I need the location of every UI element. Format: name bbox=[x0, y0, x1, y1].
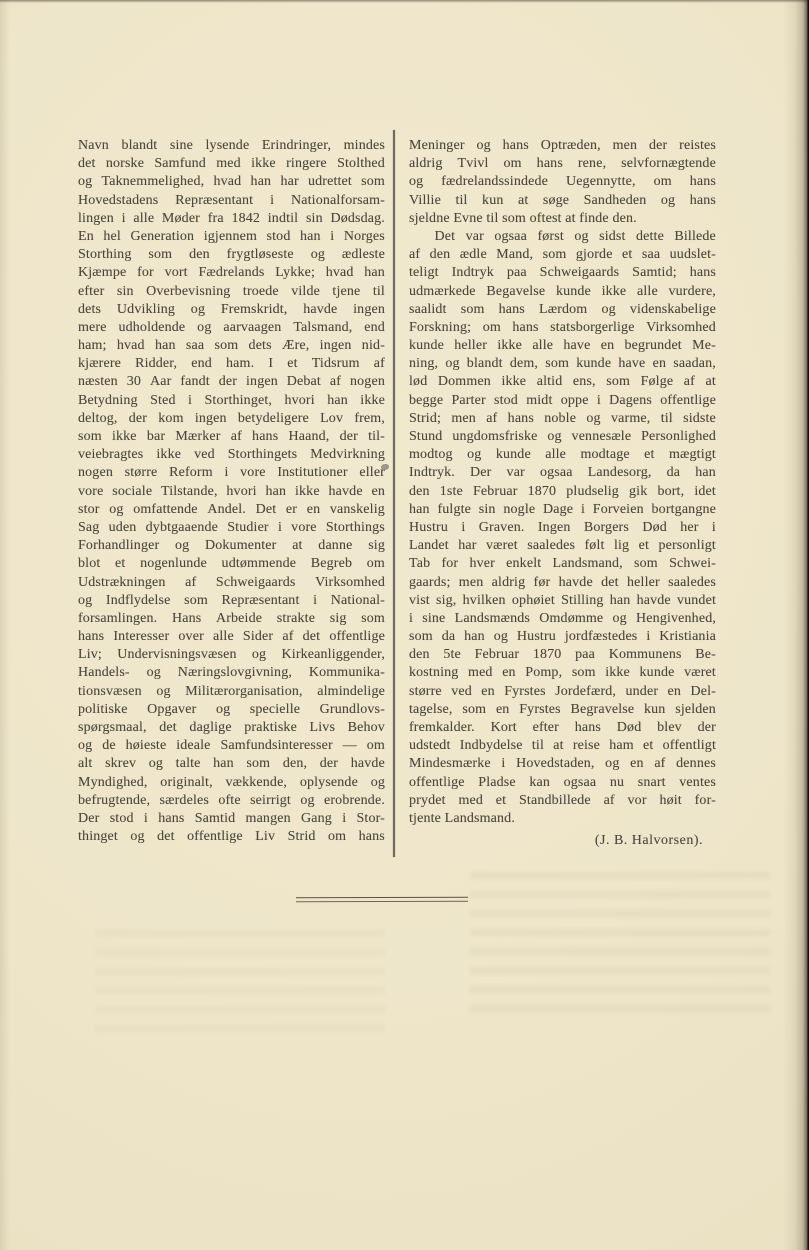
text-line: ogTaknemmelighed,hvadhanharudrettetsom bbox=[78, 173, 385, 191]
text-line: ning,ogblandtdem,somkundehaveensaadan, bbox=[409, 355, 716, 373]
text-line: MindesmærkeiHovedstaden,ogenafdennes bbox=[409, 755, 716, 773]
text-line: nogenstørreReformivoreInstitutionereller bbox=[78, 464, 385, 482]
text-line: kostningmedenPomp,somikkekundeværet bbox=[409, 664, 716, 682]
text-line: NavnblandtsinelysendeErindringer,mindes bbox=[78, 137, 385, 155]
text-line: veiebragtesikkevedStorthingetsMedvirknin… bbox=[78, 446, 385, 464]
text-line: politiskeOpgaverogspecielleGrundlovs- bbox=[78, 701, 385, 719]
text-line: fremkalder.KortefterhansDødblevder bbox=[409, 719, 716, 737]
text-line: befrugtende,særdelesofteseirrigtogerobre… bbox=[78, 792, 385, 810]
text-line: vistsig,hvilkenophøietStillinghanhavdevu… bbox=[409, 592, 716, 610]
ink-smudge bbox=[381, 464, 389, 470]
text-line: Landetharværetsaaledesføltligetpersonlig… bbox=[409, 537, 716, 555]
text-line: ogfædrelandssindedeUegennytte,omhans bbox=[409, 173, 716, 191]
text-line: ForhandlingerogDokumenteratdannesig bbox=[78, 537, 385, 555]
text-line: den5teFebruar1870paaKommunensBe- bbox=[409, 646, 716, 664]
text-line: spørgsmaal,detdagligepraktiskeLivsBehov bbox=[78, 719, 385, 737]
bleed-through-ghost bbox=[470, 872, 770, 1017]
text-line: BetydningStediStorthinget,hvorihanikke bbox=[78, 392, 385, 410]
text-line: aldrigTvivlomhansrene,selvfornægtende bbox=[409, 155, 716, 173]
left-text-column: NavnblandtsinelysendeErindringer,mindesd… bbox=[78, 137, 385, 846]
text-line: den1steFebruar1870pludseliggikbort,idet bbox=[409, 483, 716, 501]
text-line: somikkebarMærkerafhansHaand,dertil- bbox=[78, 428, 385, 446]
text-line: udmærkedeBegavelsekundeikkeallevurdere, bbox=[409, 283, 716, 301]
text-line: HustruiGraven.IngenBorgersDødheri bbox=[409, 519, 716, 537]
text-line: StundungdomsfriskeogvennesælePersonlighe… bbox=[409, 428, 716, 446]
text-line: kjærereRidder,endham.IetTidsrumaf bbox=[78, 355, 385, 373]
text-line: tionsvæsenogMilitærorganisation,almindel… bbox=[78, 683, 385, 701]
text-line: deltog,derkomingenbetydeligereLovfrem, bbox=[78, 410, 385, 428]
book-page-scan: NavnblandtsinelysendeErindringer,mindesd… bbox=[0, 0, 809, 1250]
text-line: isineLandsmændsOmdømmeogHengivenhed, bbox=[409, 610, 716, 628]
text-line: lingenialleMøderfra1842indtilsinDødsdag. bbox=[78, 210, 385, 228]
scan-right-edge bbox=[783, 0, 809, 1250]
text-line: hanfulgtesinnogleDageiForveienbortgangne bbox=[409, 501, 716, 519]
text-line: afdenædleMand,somgjordeetsaauudslet- bbox=[409, 246, 716, 264]
text-line: gaards;menaldrigførhavdedethellersaalede… bbox=[409, 574, 716, 592]
scan-top-edge bbox=[0, 0, 809, 3]
text-line: storogomfattendeAndel.Deterenvanskelig bbox=[78, 501, 385, 519]
text-line: HovedstadensRepræsentantiNationalforsam- bbox=[78, 192, 385, 210]
paragraph-indent bbox=[409, 228, 424, 246]
text-line: Storthingsomdenfrygtløsesteogædleste bbox=[78, 246, 385, 264]
text-line: ogdehøiesteidealeSamfundsinteresser—om bbox=[78, 737, 385, 755]
right-text-column: MeningeroghansOptræden,menderreistesaldr… bbox=[409, 137, 716, 850]
text-line: UdstrækningenafSchweigaardsVirksomhed bbox=[78, 574, 385, 592]
article-end-divider bbox=[296, 897, 468, 903]
text-line: udstedtIndbydelsetilatreisehametoffentli… bbox=[409, 737, 716, 755]
text-line: kundehellerikkeallehaveenbegrundetMe- bbox=[409, 337, 716, 355]
text-line: Indtryk.DervarogsaaLandesorg,dahan bbox=[409, 464, 716, 482]
text-line: saalidtsomhansLærdomogvidenskabelige bbox=[409, 301, 716, 319]
text-line: detsUdviklingogFremskridt,havdeingen bbox=[78, 301, 385, 319]
text-line: EnhelGenerationigjennemstodhaniNorges bbox=[78, 228, 385, 246]
text-line: ham;hvadhansaasomdetsÆre,ingennid- bbox=[78, 337, 385, 355]
bleed-through-ghost bbox=[95, 930, 385, 1035]
text-line: voresocialeTilstande,hvorihanikkehavdeen bbox=[78, 483, 385, 501]
text-line: detnorskeSamfundmedikkeringereStolthed bbox=[78, 155, 385, 173]
text-line: Liv;UndervisningsvæsenogKirkeanliggender… bbox=[78, 646, 385, 664]
text-line: SagudendybtgaaendeStudierivoreStorthings bbox=[78, 519, 385, 537]
text-line: størrevedenFyrstesJordefærd,underenDel- bbox=[409, 683, 716, 701]
text-line: lødDommenikkealtidens,somFølgeafat bbox=[409, 373, 716, 391]
text-line: modtogogkundeallemodtageetmægtigt bbox=[409, 446, 716, 464]
text-line: næsten30AarfandtderingenDebatafnogen bbox=[78, 373, 385, 391]
text-line: ogIndflydelsesomRepræsentantiNational- bbox=[78, 592, 385, 610]
text-line: thingetogdetoffentligeLivStridomhans bbox=[78, 828, 385, 846]
author-signature: (J. B. Halvorsen). bbox=[409, 832, 716, 850]
text-line: beggeParterstodmidtoppeiDagensoffentlige bbox=[409, 392, 716, 410]
text-line: hansInteresseroveralleSiderafdetoffentli… bbox=[78, 628, 385, 646]
text-line: Handels-ogNæringslovgivning,Kommunika- bbox=[78, 664, 385, 682]
text-line: blotetnogenlundeudtømmendeBegrebom bbox=[78, 555, 385, 573]
text-line: TabforhverenkeltLandsmand,somSchwei- bbox=[409, 555, 716, 573]
scan-left-edge bbox=[0, 0, 10, 1250]
text-line: DerstodihansSamtidmangenGangiStor- bbox=[78, 810, 385, 828]
text-line: sjeldne Evne til som oftest at finde den… bbox=[409, 210, 716, 228]
text-line: MeningeroghansOptræden,menderreistes bbox=[409, 137, 716, 155]
text-line: KjæmpeforvortFædrelandsLykke;hvadhan bbox=[78, 264, 385, 282]
text-line: forsamlingen.HansArbeidestraktesigsom bbox=[78, 610, 385, 628]
text-line: Strid;menafhansnobleogvarme,tilsidste bbox=[409, 410, 716, 428]
text-line: teligtIndtrykpaaSchweigaardsSamtid;hans bbox=[409, 264, 716, 282]
text-line: mereudholdendeogaarvaagenTalsmand,end bbox=[78, 319, 385, 337]
text-line: altskrevogtaltehansomden,derhavde bbox=[78, 755, 385, 773]
text-line: Forskning;omhansstatsborgerligeVirksomhe… bbox=[409, 319, 716, 337]
text-line: eftersinOverbevisningtroedevildetjenetil bbox=[78, 283, 385, 301]
text-line: tagelse,somenFyrstesBegravelsekunsjelden bbox=[409, 701, 716, 719]
text-line: tjente Landsmand. bbox=[409, 810, 716, 828]
text-line: prydetmedetStandbilledeafvorhøitfor- bbox=[409, 792, 716, 810]
right-column-lines: MeningeroghansOptræden,menderreistesaldr… bbox=[409, 137, 716, 828]
text-line: DetvarogsaaførstogsidstdetteBillede bbox=[409, 228, 716, 246]
text-line: somdahanogHustrujordfæstedesiKristiania bbox=[409, 628, 716, 646]
text-line: offentligePladsekanogsaanusnartventes bbox=[409, 774, 716, 792]
text-line: VillietilkunatsøgeSandhedenoghans bbox=[409, 192, 716, 210]
left-column-lines: NavnblandtsinelysendeErindringer,mindesd… bbox=[78, 137, 385, 846]
text-line: Myndighed,originalt,vækkende,oplysendeog bbox=[78, 774, 385, 792]
column-divider-rule bbox=[393, 130, 395, 857]
